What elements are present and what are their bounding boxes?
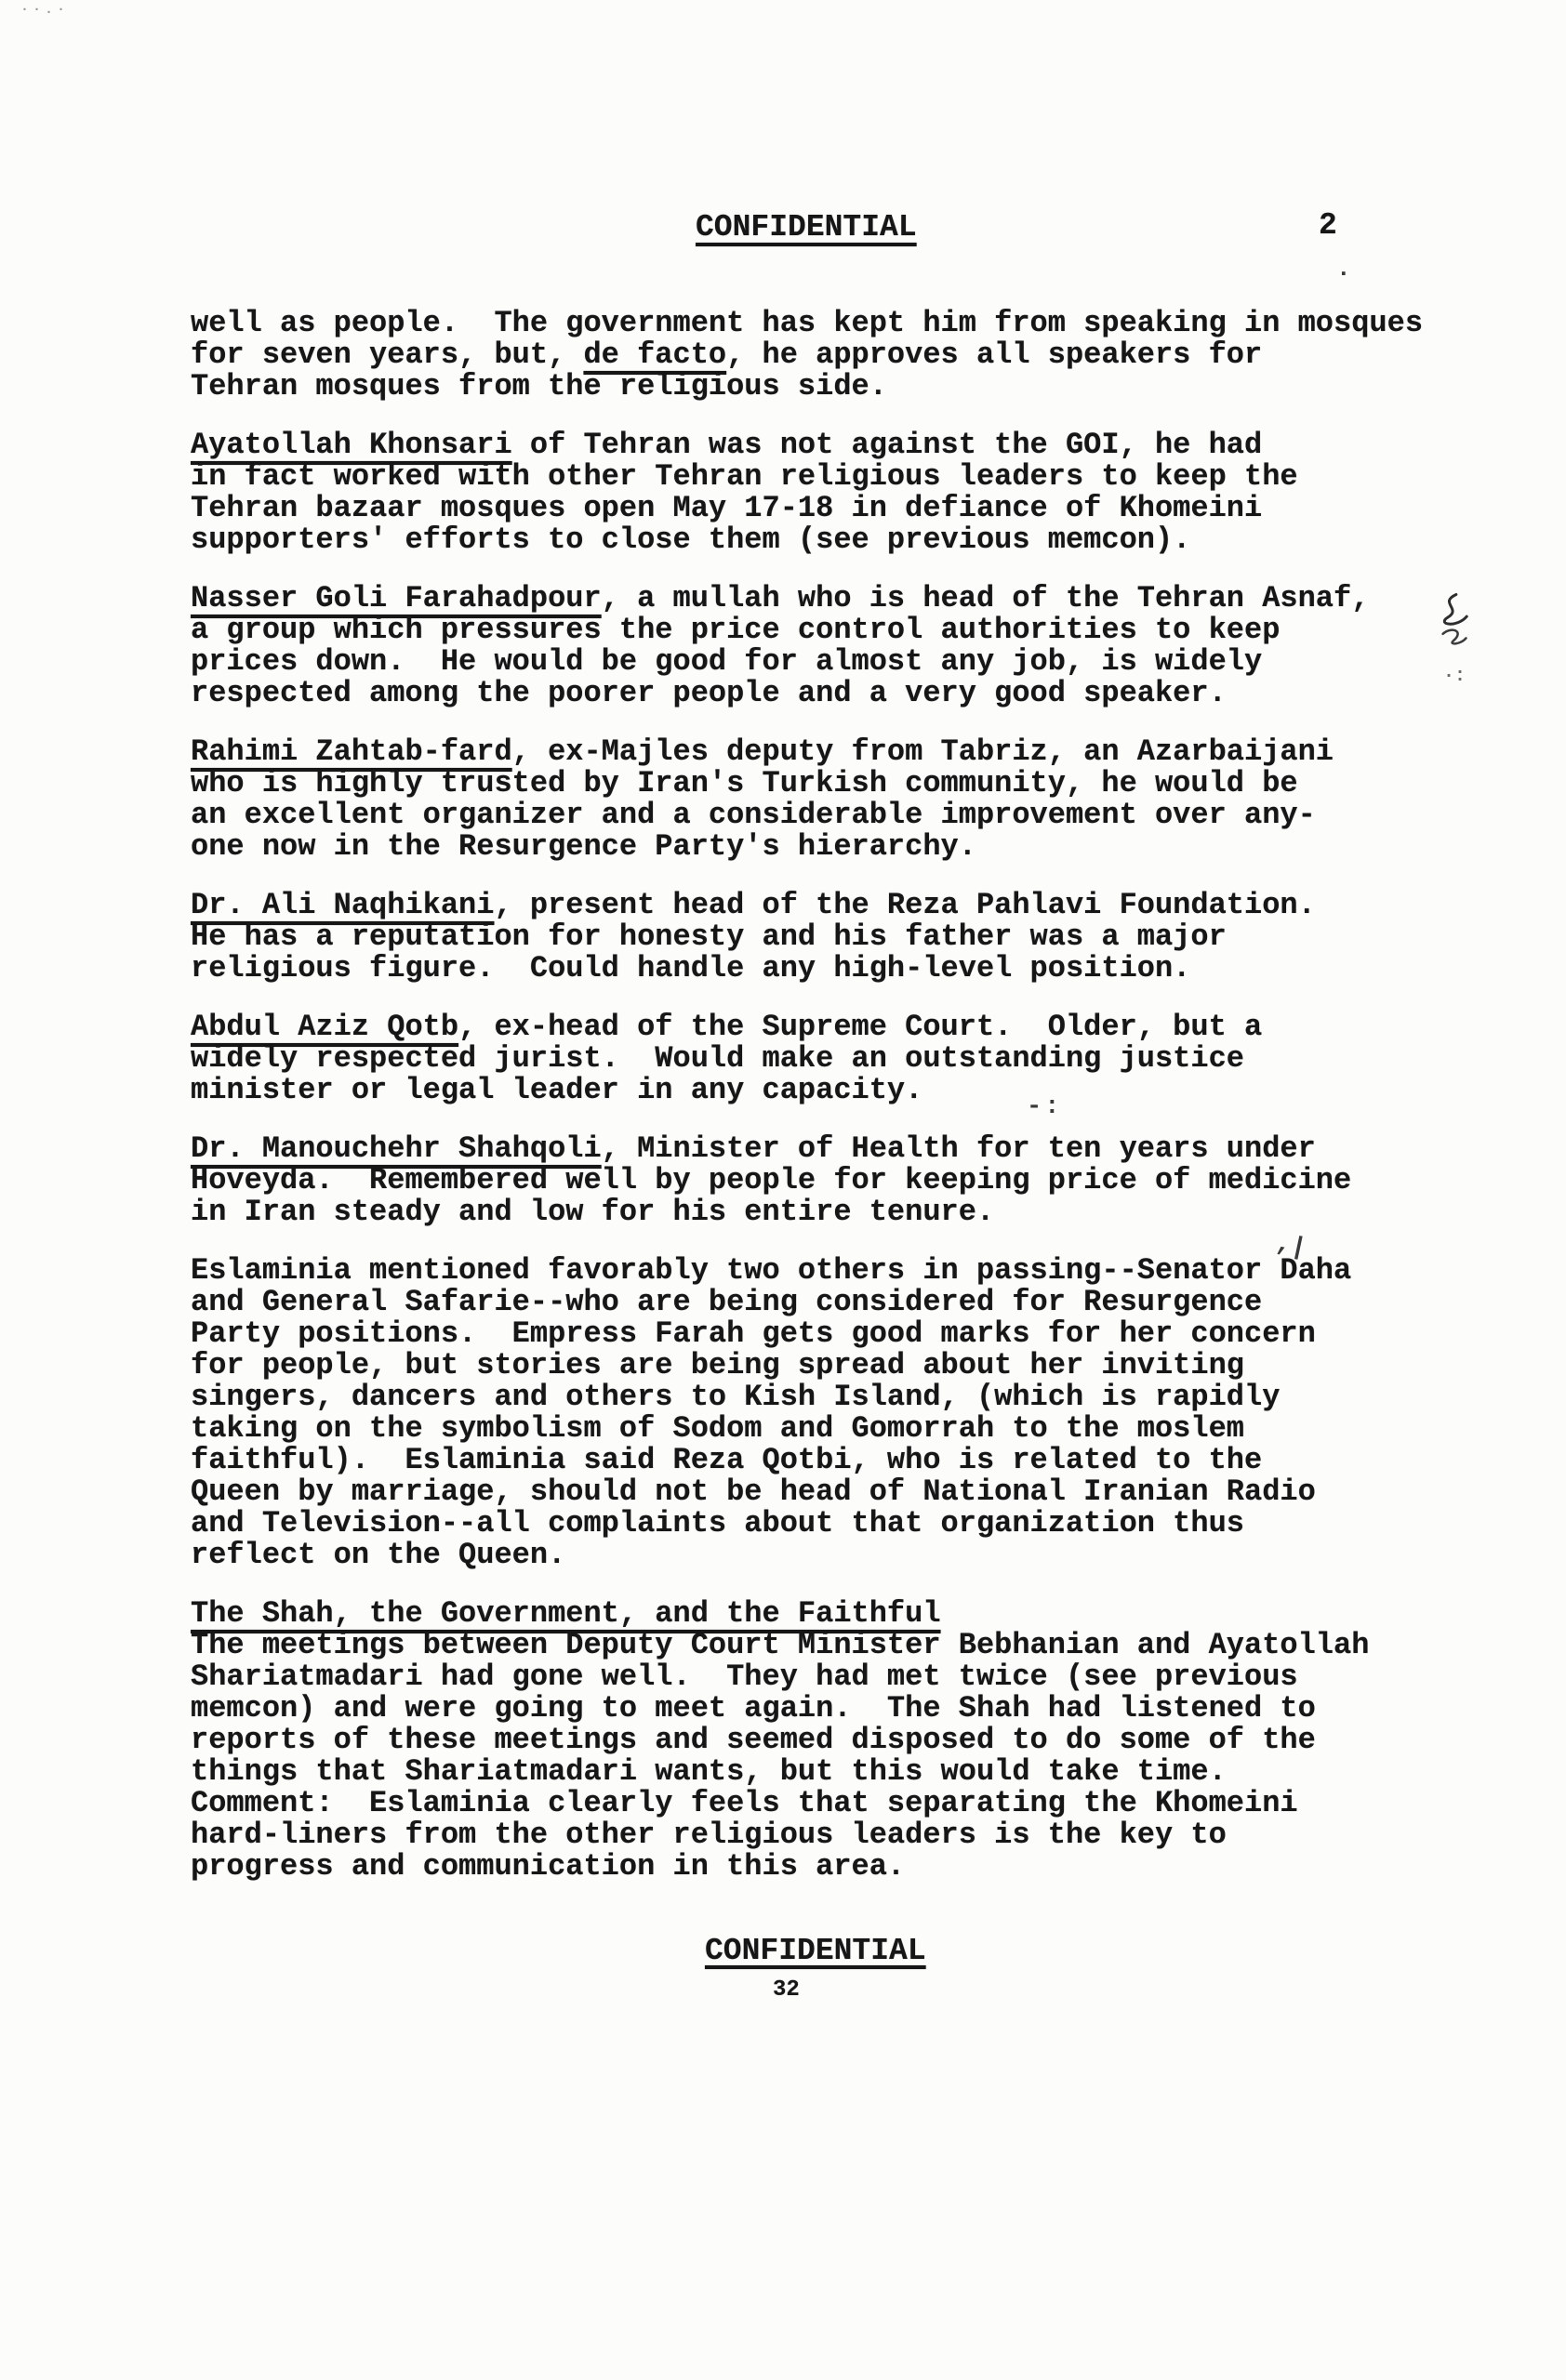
- paragraph: The Shah, the Government, and the Faithf…: [191, 1598, 1483, 1883]
- underlined-text: Abdul Aziz Qotb: [191, 1010, 458, 1044]
- footer-page-number: 32: [773, 1975, 800, 2006]
- underlined-text: Dr. Ali Naqhikani: [191, 888, 494, 922]
- document-body: well as people. The government has kept …: [191, 308, 1483, 1910]
- handwritten-mark-tenure: ,|: [1273, 1230, 1308, 1263]
- underlined-text: Nasser Goli Farahadpour: [191, 581, 602, 615]
- paragraph: Dr. Ali Naqhikani, present head of the R…: [191, 890, 1483, 985]
- paragraph: Dr. Manouchehr Shahqoli, Minister of Hea…: [191, 1133, 1483, 1228]
- body-text: The meetings between Deputy Court Minist…: [191, 1628, 1369, 1884]
- paragraph: Rahimi Zahtab-fard, ex-Majles deputy fro…: [191, 736, 1483, 863]
- scan-speck-mark: ·:: [1443, 666, 1466, 687]
- paragraph: Ayatollah Khonsari of Tehran was not aga…: [191, 430, 1483, 556]
- paragraph: Abdul Aziz Qotb, ex-head of the Supreme …: [191, 1011, 1483, 1106]
- scan-dot-below-page-number: .: [1336, 255, 1351, 283]
- underlined-text: Rahimi Zahtab-fard: [191, 734, 512, 769]
- scanned-document-page: CONFIDENTIAL 2 well as people. The gover…: [0, 0, 1566, 2380]
- page-number: 2: [1319, 210, 1337, 242]
- paragraph: well as people. The government has kept …: [191, 308, 1483, 403]
- paragraph: Nasser Goli Farahadpour, a mullah who is…: [191, 583, 1483, 709]
- underlined-text: Ayatollah Khonsari: [191, 428, 512, 462]
- handwritten-mark-capacity: -:: [1027, 1093, 1062, 1121]
- underlined-text: The Shah, the Government, and the Faithf…: [191, 1596, 941, 1631]
- paragraph: Eslaminia mentioned favorably two others…: [191, 1255, 1483, 1571]
- underlined-text: Dr. Manouchehr Shahqoli: [191, 1131, 602, 1166]
- underlined-text: de facto: [583, 337, 726, 372]
- body-text: Eslaminia mentioned favorably two others…: [191, 1253, 1351, 1572]
- handwritten-scribble-icon: [1427, 588, 1483, 657]
- classification-header: CONFIDENTIAL: [696, 212, 917, 244]
- scan-corner-specks: ··.·: [20, 2, 69, 18]
- classification-footer: CONFIDENTIAL: [705, 1936, 926, 1967]
